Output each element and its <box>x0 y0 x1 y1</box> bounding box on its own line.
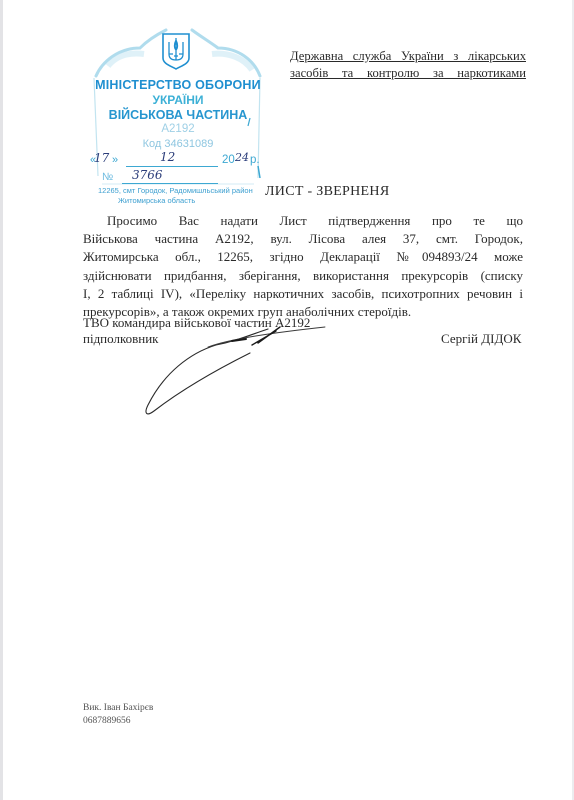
stamp-country: УКРАЇНИ <box>88 93 268 107</box>
body-line: І, 2 таблиці IV), «Переліку наркотичних … <box>83 285 523 303</box>
executor-phone: 0687889656 <box>83 715 153 728</box>
stamp-number-rule <box>122 183 218 184</box>
executor-name: Вик. Іван Бахірєв <box>83 702 153 715</box>
stamp-date-rule <box>126 166 218 167</box>
official-stamp: МІНІСТЕРСТВО ОБОРОНИ УКРАЇНИ ВІЙСЬКОВА Ч… <box>88 26 268 201</box>
stamp-number-label: № <box>102 171 113 183</box>
body-line: Житомирська обл., 12265, згідно Декларац… <box>83 248 523 266</box>
handwritten-signature-icon <box>140 325 340 425</box>
stamp-date: « 17 » 12 20 24 р. <box>90 154 266 170</box>
addressee-block: Державна служба України з лікарських зас… <box>290 48 526 82</box>
stamp-region: Житомирська область <box>118 196 195 205</box>
stamp-code: Код 34631089 <box>88 138 268 150</box>
stamp-address: 12265, смт Городок, Радомишльський район <box>98 186 253 195</box>
coat-of-arms-icon <box>161 32 191 70</box>
body-line: здійснювати придбання, зберігання, викор… <box>83 267 523 285</box>
body-line: Військова частина А2192, вул. Лісова але… <box>83 230 523 248</box>
stamp-ministry: МІНІСТЕРСТВО ОБОРОНИ <box>88 78 268 92</box>
stamp-date-quote-close: » <box>112 154 118 166</box>
stamp-day: 17 <box>94 151 109 165</box>
stamp-month: 12 <box>160 150 175 164</box>
addressee-line: Державна служба України з лікарських <box>290 48 526 65</box>
executor-info: Вик. Іван Бахірєв 0687889656 <box>83 702 153 727</box>
stamp-unit: ВІЙСЬКОВА ЧАСТИНА <box>88 108 268 122</box>
stamp-number: № 3766 <box>102 171 252 185</box>
stamp-year: 24 <box>235 151 249 164</box>
addressee-line: засобів та контролю за наркотиками <box>290 65 526 82</box>
stamp-year-suffix: р. <box>250 154 260 166</box>
stamp-year-prefix: 20 <box>222 154 235 166</box>
page-edge <box>0 0 3 800</box>
signatory-name: Сергій ДІДОК <box>441 331 521 347</box>
stamp-unit-code: А2192 <box>88 123 268 135</box>
body-line: Просимо Вас надати Лист підтвердження пр… <box>83 212 523 230</box>
letter-body: Просимо Вас надати Лист підтвердження пр… <box>83 212 523 321</box>
stamp-number-value: 3766 <box>132 168 163 182</box>
document-title: ЛИСТ - ЗВЕРНЕНЯ <box>265 184 389 200</box>
